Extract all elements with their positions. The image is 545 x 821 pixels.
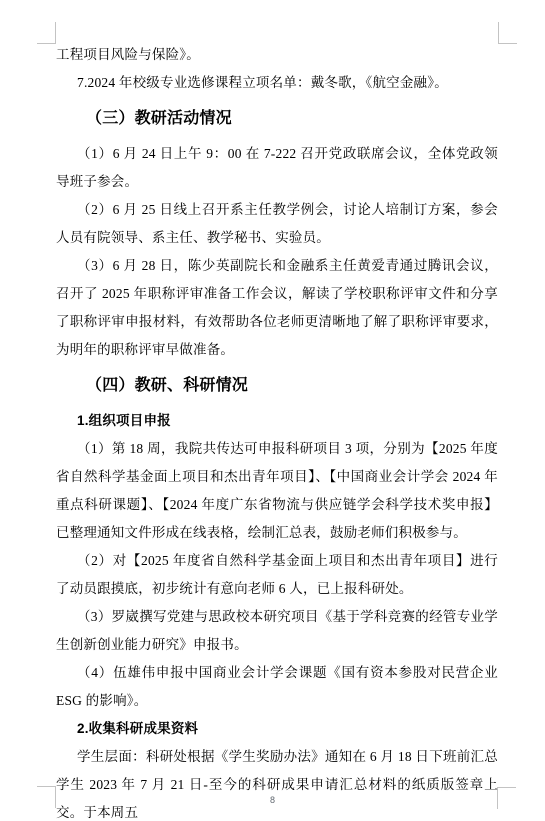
body-paragraph: （1）6 月 24 日上午 9：00 在 7-222 召开党政联席会议，全体党政… [56,140,498,196]
body-paragraph: （3）6 月 28 日，陈少英副院长和金融系主任黄爱青通过腾讯会议，召开了 20… [56,252,498,364]
sub-heading: 1.组织项目申报 [56,407,498,435]
section-heading: （三）教研活动情况 [56,104,498,134]
sub-heading: 2.收集科研成果资料 [56,715,498,743]
body-paragraph: （1）第 18 周，我院共传达可申报科研项目 3 项，分别为【2025 年度省自… [56,435,498,547]
crop-mark-top-right [498,22,517,44]
body-paragraph: 7.2024 年校级专业选修课程立项名单：戴冬歌，《航空金融》。 [56,69,498,97]
document-page: 工程项目风险与保险》。 7.2024 年校级专业选修课程立项名单：戴冬歌，《航空… [0,0,545,821]
body-paragraph: （2）6 月 25 日线上召开系主任教学例会，讨论人培制订方案，参会人员有院领导… [56,196,498,252]
body-paragraph: （2）对【2025 年度省自然科学基金面上项目和杰出青年项目】进行了动员跟摸底，… [56,547,498,603]
body-paragraph: （3）罗崴撰写党建与思政校本研究项目《基于学科竞赛的经管专业学生创新创业能力研究… [56,603,498,659]
page-number: 8 [0,793,545,807]
body-paragraph: （4）伍雄伟申报中国商业会计学会课题《国有资本参股对民营企业 ESG 的影响》。 [56,659,498,715]
crop-mark-top-left [37,22,56,44]
body-paragraph: 学生层面：科研处根据《学生奖励办法》通知在 6 月 18 日下班前汇总学生 20… [56,743,498,821]
body-paragraph: 工程项目风险与保险》。 [56,41,498,69]
section-heading: （四）教研、科研情况 [56,371,498,401]
page-content: 工程项目风险与保险》。 7.2024 年校级专业选修课程立项名单：戴冬歌，《航空… [56,41,498,821]
